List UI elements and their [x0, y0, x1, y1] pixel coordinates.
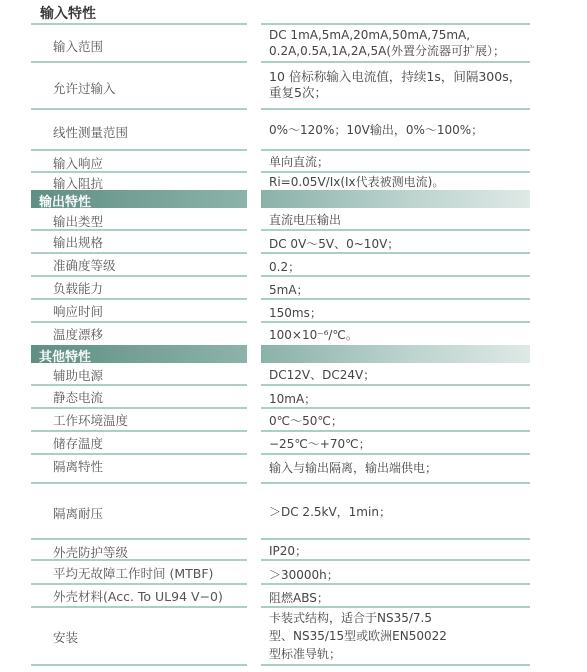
spec-label: 输入响应	[53, 154, 103, 172]
spec-value: ＞DC 2.5kV，1min；	[269, 504, 526, 520]
section-header-output: 输出特性	[31, 190, 247, 208]
spec-label: 工作环境温度	[53, 411, 128, 429]
spec-label: 平均无故障工作时间 (MTBF)	[53, 564, 213, 582]
spec-value: DC12V、DC24V；	[269, 367, 526, 383]
spec-label: 输入范围	[53, 37, 103, 55]
spec-row: 线性测量范围 0%～120%；10V输出，0%～100%；	[0, 110, 587, 151]
spec-row: 输出规格 DC 0V～5V、0~10V；	[0, 231, 587, 254]
spec-value: DC 1mA,5mA,20mA,50mA,75mA, 0.2A,0.5A,1A,…	[269, 27, 526, 59]
spec-value: ＞30000h；	[269, 567, 526, 583]
spec-row: 辅助电源 DC12V、DC24V；	[0, 363, 587, 386]
spec-row: 外壳材料(Acc. To UL94 V−0) 阻燃ABS；	[0, 585, 587, 608]
spec-value: 5mA；	[269, 282, 526, 298]
spec-row: 响应时间 150ms；	[0, 300, 587, 323]
spec-sheet: 输入特性 输入范围 DC 1mA,5mA,20mA,50mA,75mA, 0.2…	[0, 0, 587, 672]
spec-value: 卡装式结构，适合于NS35/7.5 型、NS35/15型或欧洲EN50022 型…	[269, 609, 526, 663]
spec-label: 安装	[53, 628, 78, 646]
spec-value: 100×10⁻⁶/℃。	[269, 327, 526, 343]
spec-row: 隔离耐压 ＞DC 2.5kV，1min；	[0, 484, 587, 540]
spec-value: 0℃～50℃；	[269, 413, 526, 429]
spec-value: 输入与输出隔离，输出端供电；	[269, 460, 526, 476]
spec-row: 外壳防护等级 IP20；	[0, 540, 587, 561]
spec-value: DC 0V～5V、0~10V；	[269, 236, 526, 252]
spec-value: −25℃～+70℃；	[269, 436, 526, 452]
spec-row: 准确度等级 0.2；	[0, 254, 587, 277]
section-header-bar	[261, 345, 530, 363]
spec-label: 外壳材料(Acc. To UL94 V−0)	[53, 587, 223, 605]
spec-row: 工作环境温度 0℃～50℃；	[0, 409, 587, 432]
spec-row: 输出类型 直流电压输出	[0, 208, 587, 231]
spec-label: 准确度等级	[53, 256, 116, 274]
spec-row: 输入范围 DC 1mA,5mA,20mA,50mA,75mA, 0.2A,0.5…	[0, 25, 587, 63]
spec-label: 响应时间	[53, 302, 103, 320]
spec-value: 10mA；	[269, 391, 526, 407]
spec-value: 10 倍标称输入电流值，持续1s，间隔300s， 重复5次；	[269, 69, 526, 101]
spec-row: 允许过输入 10 倍标称输入电流值，持续1s，间隔300s， 重复5次；	[0, 63, 587, 110]
spec-row: 隔离特性 输入与输出隔离，输出端供电；	[0, 455, 587, 484]
spec-label: 负载能力	[53, 279, 103, 297]
spec-row: 平均无故障工作时间 (MTBF) ＞30000h；	[0, 561, 587, 585]
spec-label: 线性测量范围	[53, 123, 128, 141]
section-header-other: 其他特性	[31, 345, 247, 363]
spec-label: 隔离特性	[53, 457, 103, 475]
spec-label: 辅助电源	[53, 366, 103, 384]
spec-value: 150ms；	[269, 305, 526, 321]
section-header-bar	[261, 190, 530, 208]
spec-value: 0.2；	[269, 259, 526, 275]
spec-label: 输出规格	[53, 233, 103, 251]
spec-row: 输入阻抗 Ri=0.05V/Ix(Ix代表被测电流)。	[0, 173, 587, 190]
spec-label: 允许过输入	[53, 79, 116, 97]
spec-value: 0%～120%；10V输出，0%～100%；	[269, 122, 526, 138]
spec-row: 温度漂移 100×10⁻⁶/℃。	[0, 323, 587, 345]
spec-label: 静态电流	[53, 388, 103, 406]
spec-row: 输入响应 单向直流；	[0, 151, 587, 173]
spec-label: 温度漂移	[53, 325, 103, 343]
spec-label: 输出类型	[53, 212, 103, 230]
spec-value: 阻燃ABS；	[269, 590, 526, 606]
section-title-underline	[0, 0, 587, 25]
spec-value: 直流电压输出	[269, 212, 526, 228]
spec-row: 安装 卡装式结构，适合于NS35/7.5 型、NS35/15型或欧洲EN5002…	[0, 608, 587, 666]
spec-value: Ri=0.05V/Ix(Ix代表被测电流)。	[269, 174, 526, 190]
spec-label: 储存温度	[53, 434, 103, 452]
spec-label: 隔离耐压	[53, 504, 103, 522]
spec-row: 静态电流 10mA；	[0, 386, 587, 409]
spec-row: 储存温度 −25℃～+70℃；	[0, 432, 587, 455]
spec-value: IP20；	[269, 543, 526, 559]
spec-value: 单向直流；	[269, 154, 526, 170]
spec-row: 负载能力 5mA；	[0, 277, 587, 300]
